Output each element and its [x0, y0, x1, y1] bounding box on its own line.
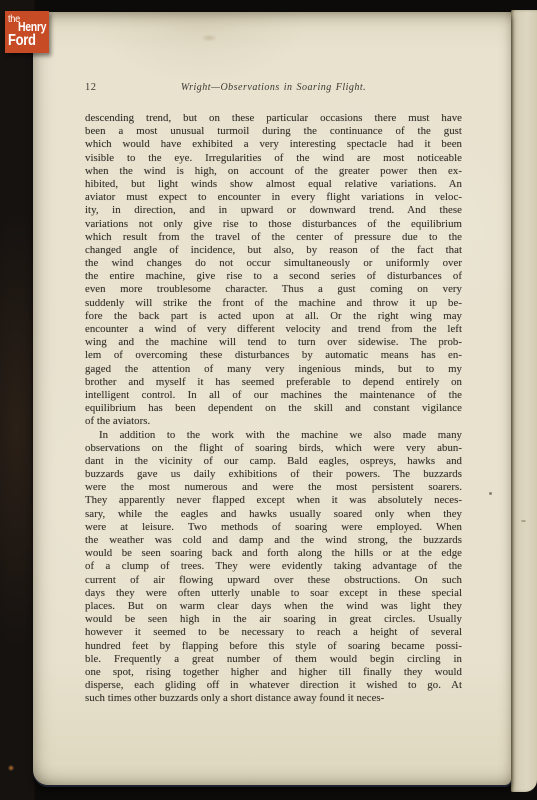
- text-line: such times other buzzards only a short d…: [85, 692, 462, 705]
- text-line: gaged the attention of many very ingenio…: [85, 363, 462, 376]
- text-line: descending trend, but on these particula…: [85, 112, 462, 125]
- text-line: changed angle of incidence, but also, by…: [85, 244, 462, 257]
- body-text: descending trend, but on these particula…: [85, 112, 462, 705]
- text-line: were at leisure. Two methods of soaring …: [85, 521, 462, 534]
- text-line: equilibrium has been dependent on the sk…: [85, 402, 462, 415]
- text-line: In addition to the work with the machine…: [85, 429, 462, 442]
- text-line: ble. Frequently a great number of them w…: [85, 653, 462, 666]
- text-line: current of air flowing upward over these…: [85, 574, 462, 587]
- text-line: however it seemed to be necessary to rea…: [85, 626, 462, 639]
- scan-viewport: 12 Wright—Observations in Soaring Flight…: [0, 0, 537, 800]
- text-line: been a most unusual turmoil during the c…: [85, 125, 462, 138]
- paragraph: descending trend, but on these particula…: [85, 112, 462, 429]
- page-number: 12: [85, 82, 97, 93]
- logo-text-ford: Ford: [8, 32, 36, 50]
- text-line: intelligent control. In all of our machi…: [85, 389, 462, 402]
- text-line: days they were often utterly unable to s…: [85, 587, 462, 600]
- text-line: They apparently never flapped except whe…: [85, 494, 462, 507]
- book-page: 12 Wright—Observations in Soaring Flight…: [33, 12, 511, 785]
- text-line: disperse, each gliding off in whatever d…: [85, 679, 462, 692]
- book-page-edges: [511, 10, 537, 792]
- text-line: the wind changes do not occur simultaneo…: [85, 257, 462, 270]
- paper-stain: [201, 34, 217, 42]
- text-line: wing and the machine will tend to turn o…: [85, 336, 462, 349]
- text-line: were the most numerous and were the most…: [85, 481, 462, 494]
- text-line: hibited, but light winds show almost equ…: [85, 178, 462, 191]
- henry-ford-logo: the Henry Ford: [5, 11, 49, 53]
- text-line: the weather was cold and damp and the wi…: [85, 534, 462, 547]
- text-line: ity, in direction, and in upward or down…: [85, 204, 462, 217]
- text-line: which result from the travel of the cent…: [85, 231, 462, 244]
- paper-speck: [489, 492, 492, 495]
- text-line: hundred feet by flapping before this sty…: [85, 640, 462, 653]
- text-line: which would have exhibited a very intere…: [85, 138, 462, 151]
- text-line: of the aviators.: [85, 415, 462, 428]
- running-header-title: Wright—Observations in Soaring Flight.: [85, 82, 462, 93]
- text-line: encounter a wind of very different veloc…: [85, 323, 462, 336]
- text-line: suddenly will strike the front of the ma…: [85, 297, 462, 310]
- text-line: aviator must expect to encounter in ever…: [85, 191, 462, 204]
- running-header: 12 Wright—Observations in Soaring Flight…: [85, 82, 462, 96]
- text-line: would be seen soaring back and forth alo…: [85, 547, 462, 560]
- text-line: observations on the flight of soaring bi…: [85, 442, 462, 455]
- text-line: places. But on warm clear days when the …: [85, 600, 462, 613]
- text-line: one spot, rising together higher and hig…: [85, 666, 462, 679]
- text-line: dant in the vicinity of our camp. Bald e…: [85, 455, 462, 468]
- text-line: would be seen high in the air soaring in…: [85, 613, 462, 626]
- text-line: fore the back part is acted upon at all.…: [85, 310, 462, 323]
- text-line: lem of overcoming these disturbances by …: [85, 349, 462, 362]
- text-line: variations not only give rise to those d…: [85, 218, 462, 231]
- text-line: when the wind is high, on account of the…: [85, 165, 462, 178]
- text-line: of a clump of trees. They were evidently…: [85, 560, 462, 573]
- text-line: sary, while the eagles and hawks usually…: [85, 508, 462, 521]
- paper-speck: [8, 765, 14, 771]
- paper-speck: [521, 520, 526, 522]
- text-line: visible to the eye. Irregularities of th…: [85, 152, 462, 165]
- paragraph: In addition to the work with the machine…: [85, 429, 462, 706]
- text-line: buzzards gave us daily exhibitions of th…: [85, 468, 462, 481]
- text-line: the entire machine, give rise to a secon…: [85, 270, 462, 283]
- text-line: brother and myself it has seemed prefera…: [85, 376, 462, 389]
- text-line: even more troublesome character. Thus a …: [85, 283, 462, 296]
